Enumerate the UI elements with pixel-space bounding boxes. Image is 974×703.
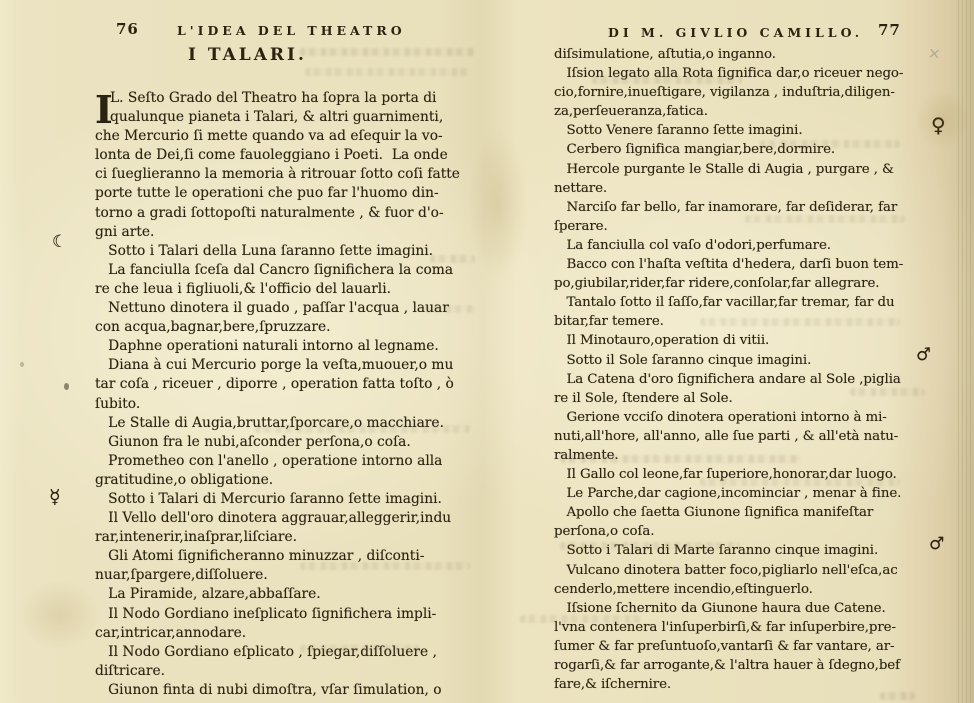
bleedthrough-line (560, 542, 740, 550)
text-line: diſtricare. (95, 663, 460, 682)
text-line: po,giubilar,rider,far ridere,conſolar,fa… (554, 276, 903, 295)
mercury-icon: ☿ (49, 489, 61, 506)
text-line: Sotto i Talari di Mercurio ſaranno ſette… (95, 491, 460, 510)
text-line: Giunon finta di nubi dimoſtra, vſar ſimu… (95, 682, 460, 701)
running-title-right: DI M. GIVLIO CAMILLO. (608, 25, 863, 40)
text-line: Vulcano dinotera batter foco,pigliarlo n… (554, 563, 903, 582)
moon-icon: ☾ (52, 234, 67, 251)
bleedthrough-line (425, 305, 475, 313)
text-line: Giunon fra le nubi,aſconder perſona,o co… (95, 434, 460, 453)
text-line: nettare. (554, 181, 903, 200)
bleedthrough-line (700, 318, 900, 326)
text-line: car,intricar,annodare. (95, 625, 460, 644)
text-line: Prometheo con l'anello , operatione into… (95, 453, 460, 472)
body-text-left: L. Seſto Grado del Theatro ha ſopra la p… (95, 90, 460, 701)
text-line: fare,& iſchernire. (554, 677, 903, 696)
text-line: Nettuno dinotera il guado , paſſar l'acq… (95, 300, 460, 319)
text-line: che Mercurio ſi mette quando va ad eſequ… (95, 128, 460, 147)
text-line: Daphne operationi naturali intorno al le… (95, 338, 460, 357)
page-number-left: 76 (116, 20, 139, 38)
text-line: Sotto il Sole ſaranno cinque imagini. (554, 353, 903, 372)
text-line: gni arte. (95, 224, 460, 243)
text-line: cio,fornire,inueſtigare, vigilanza , ind… (554, 85, 903, 104)
text-line: Hercole purgante le Stalle di Augia , pu… (554, 162, 903, 181)
text-line: nuti,all'hore, all'anno, alle ſue parti … (554, 429, 903, 448)
text-line: diſsimulatione, aſtutia,o inganno. (554, 47, 903, 66)
bleedthrough-line (300, 48, 475, 56)
text-line: perſona,o coſa. (554, 524, 903, 543)
text-line: Sotto i Talari della Luna ſaranno ſette … (95, 243, 460, 262)
text-line: ci ſueglieranno la memoria à ritrouar ſo… (95, 166, 460, 185)
book-spread: 76 L'IDEA DEL THEATRO I TALARI. I L. Seſ… (0, 0, 974, 703)
bleedthrough-line (700, 478, 900, 486)
text-line: qualunque pianeta i Talari, & altri guar… (95, 109, 460, 128)
bleedthrough-line (305, 68, 470, 76)
bleedthrough-line (255, 425, 470, 433)
text-line: Le Parche,dar cagione,incominciar , mena… (554, 486, 903, 505)
paper-stain (468, 130, 528, 280)
bleedthrough-line (760, 140, 900, 148)
text-line: cenderlo,mettere incendio,eſtinguerlo. (554, 582, 903, 601)
pencil-x-mark: ✕ (927, 44, 941, 63)
text-line: Diana à cui Mercurio porge la veſta,muou… (95, 357, 460, 376)
text-line: tar coſa , riceuer , diporre , operation… (95, 376, 460, 395)
text-line: rogarſi,& far arrogante,& l'altra hauer … (554, 658, 903, 677)
text-line: La fanciulla col vaſo d'odori,perfumare. (554, 238, 903, 257)
text-line: porte tutte le operationi che puo far l'… (95, 185, 460, 204)
ink-speck (64, 383, 69, 390)
section-heading: I TALARI. (188, 45, 307, 65)
text-line: lonta de Dei,ſi come fauoleggiano i Poet… (95, 147, 460, 166)
bleedthrough-line (300, 562, 470, 570)
bleedthrough-line (560, 455, 800, 463)
paper-stain (20, 580, 100, 650)
text-line: Tantalo ſotto il ſaſſo,far vacillar,far … (554, 295, 903, 314)
paper-stain (915, 90, 970, 150)
text-line: Bacco con l'haſta veſtita d'hedera, darſ… (554, 257, 903, 276)
bleedthrough-line (520, 615, 640, 623)
text-line: za,perſeueranza,fatica. (554, 104, 903, 123)
bleedthrough-line (430, 255, 475, 263)
text-line: ſumer & far preſuntuoſo,vantarſi & far v… (554, 639, 903, 658)
text-line: con acqua,bagnar,bere,ſpruzzare. (95, 319, 460, 338)
bleedthrough-line (880, 692, 915, 700)
text-line: gratitudine,o obligatione. (95, 472, 460, 491)
text-line: Il Vello dell'oro dinotera aggrauar,alle… (95, 510, 460, 529)
text-line: Gerione vcciſo dinotera operationi intor… (554, 410, 903, 429)
mars-icon: ♂ (929, 536, 944, 553)
text-line: rar,intenerir,inaſprar,liſciare. (95, 529, 460, 548)
ink-speck (20, 362, 24, 367)
running-title-left: L'IDEA DEL THEATRO (177, 23, 406, 38)
bleedthrough-line (592, 76, 742, 84)
page-number-right: 77 (878, 21, 901, 39)
text-line: re che leua i figliuoli,& l'officio del … (95, 281, 460, 300)
text-line: Il Nodo Gordiano ineſplicato ſignificher… (95, 606, 460, 625)
bleedthrough-line (850, 388, 925, 396)
text-line: Apollo che ſaetta Giunone ſignifica mani… (554, 505, 903, 524)
text-line: La Piramide, alzare,abbaſſare. (95, 586, 460, 605)
text-line: nuar,ſpargere,diſſoluere. (95, 567, 460, 586)
text-line: La fanciulla ſceſa dal Cancro ſignifiche… (95, 262, 460, 281)
text-line: Il Minotauro,operation di vitii. (554, 333, 903, 352)
text-line: L. Seſto Grado del Theatro ha ſopra la p… (95, 90, 460, 109)
sun-icon: ♂ (915, 346, 931, 364)
text-line: torno a gradi ſottopoſti naturalmente , … (95, 205, 460, 224)
bleedthrough-line (300, 645, 420, 653)
text-line: ſubito. (95, 396, 460, 415)
bleedthrough-line (745, 215, 905, 223)
